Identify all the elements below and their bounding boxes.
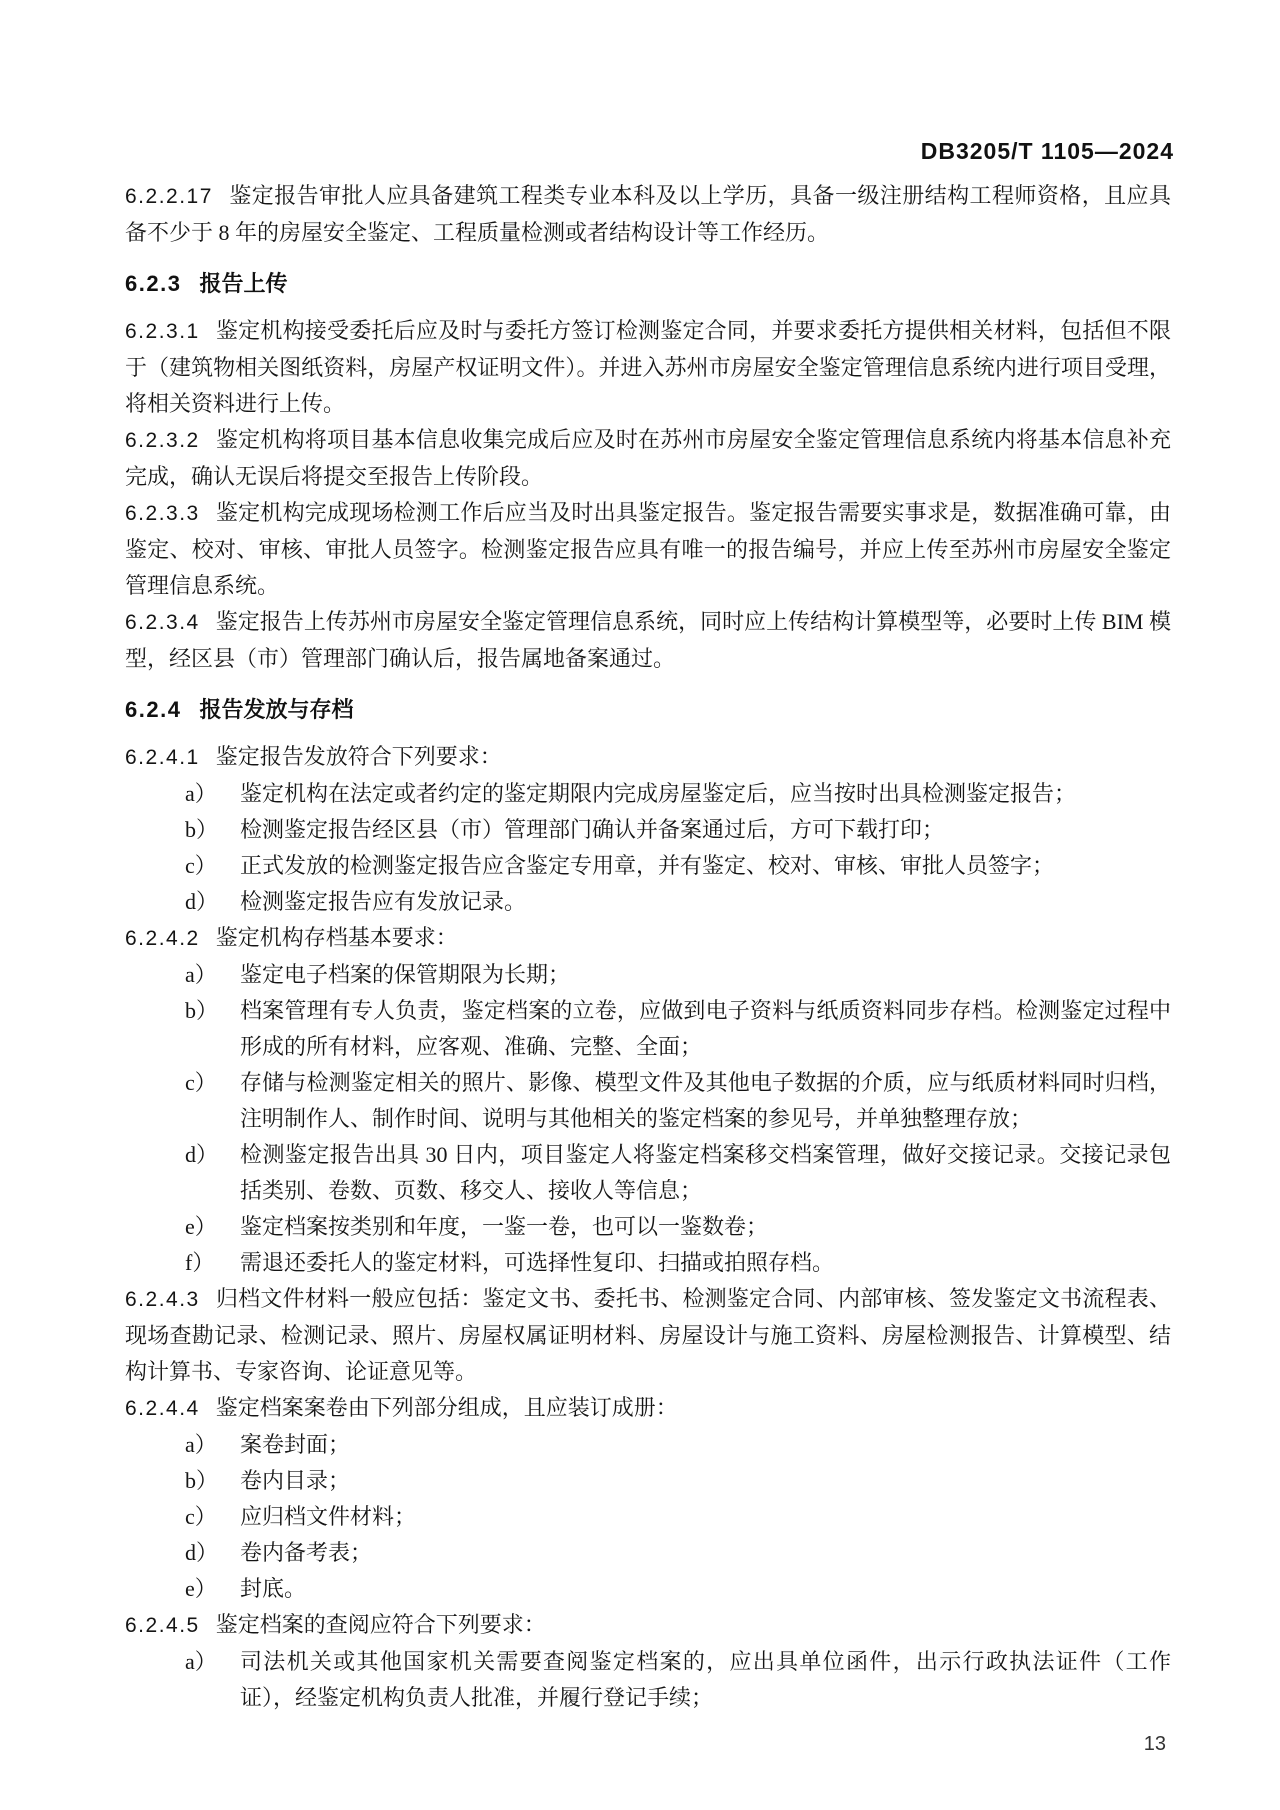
block-text: 归档文件材料一般应包括：鉴定文书、委托书、检测鉴定合同、内部审核、签发鉴定文书流… (125, 1286, 1171, 1384)
clause-number: 6.2.4.3 (125, 1288, 200, 1311)
block-text: 鉴定电子档案的保管期限为长期； (240, 962, 570, 987)
heading-number: 6.2.4 (125, 697, 181, 722)
block-text: 鉴定机构完成现场检测工作后应当及时出具鉴定报告。鉴定报告需要实事求是，数据准确可… (125, 500, 1171, 598)
list-item: c）正式发放的检测鉴定报告应含鉴定专用章，并有鉴定、校对、审核、审批人员签字； (125, 848, 1171, 884)
clause-paragraph: 6.2.4.1鉴定报告发放符合下列要求： (125, 739, 1171, 776)
block-text: 鉴定档案案卷由下列部分组成，且应装订成册： (216, 1395, 678, 1420)
list-item-marker: e） (185, 1209, 217, 1245)
heading-number: 6.2.3 (125, 271, 181, 296)
clause-paragraph: 6.2.4.4鉴定档案案卷由下列部分组成，且应装订成册： (125, 1390, 1171, 1427)
block-text: 应归档文件材料； (240, 1504, 416, 1529)
list-item: b）卷内目录； (125, 1463, 1171, 1499)
standard-code-header: DB3205/T 1105—2024 (921, 138, 1174, 165)
list-item-marker: b） (185, 812, 218, 848)
list-item-marker: a） (185, 957, 217, 993)
list-item: d）检测鉴定报告应有发放记录。 (125, 884, 1171, 920)
list-item-marker: b） (185, 1463, 218, 1499)
clause-paragraph: 6.2.3.1鉴定机构接受委托后应及时与委托方签订检测鉴定合同，并要求委托方提供… (125, 313, 1171, 422)
list-item: d）卷内备考表； (125, 1535, 1171, 1571)
clause-number: 6.2.4.5 (125, 1614, 200, 1637)
block-text: 需退还委托人的鉴定材料，可选择性复印、扫描或拍照存档。 (240, 1250, 834, 1275)
clause-number: 6.2.3.4 (125, 611, 200, 634)
list-item-marker: a） (185, 776, 217, 812)
block-text: 卷内目录； (240, 1468, 350, 1493)
list-item: f）需退还委托人的鉴定材料，可选择性复印、扫描或拍照存档。 (125, 1245, 1171, 1281)
block-text: 鉴定档案的查阅应符合下列要求： (216, 1612, 546, 1637)
section-heading: 6.2.4报告发放与存档 (125, 692, 1171, 728)
block-text: 鉴定机构存档基本要求： (216, 925, 458, 950)
clause-paragraph: 6.2.4.5鉴定档案的查阅应符合下列要求： (125, 1607, 1171, 1644)
clause-paragraph: 6.2.3.4鉴定报告上传苏州市房屋安全鉴定管理信息系统，同时应上传结构计算模型… (125, 604, 1171, 677)
block-text: 鉴定机构在法定或者约定的鉴定期限内完成房屋鉴定后，应当按时出具检测鉴定报告； (240, 781, 1076, 806)
list-item: e）封底。 (125, 1571, 1171, 1607)
list-item: c）存储与检测鉴定相关的照片、影像、模型文件及其他电子数据的介质，应与纸质材料同… (125, 1065, 1171, 1137)
document-page: DB3205/T 1105—2024 6.2.2.17鉴定报告审批人应具备建筑工… (0, 0, 1280, 1810)
list-item-marker: e） (185, 1571, 217, 1607)
clause-paragraph: 6.2.4.2鉴定机构存档基本要求： (125, 920, 1171, 957)
clause-paragraph: 6.2.4.3归档文件材料一般应包括：鉴定文书、委托书、检测鉴定合同、内部审核、… (125, 1281, 1171, 1390)
block-text: 鉴定档案按类别和年度，一鉴一卷，也可以一鉴数卷； (240, 1214, 768, 1239)
block-text: 鉴定报告上传苏州市房屋安全鉴定管理信息系统，同时应上传结构计算模型等，必要时上传… (125, 609, 1171, 671)
clause-number: 6.2.3.1 (125, 320, 200, 343)
list-item: d）检测鉴定报告出具 30 日内，项目鉴定人将鉴定档案移交档案管理，做好交接记录… (125, 1137, 1171, 1209)
list-item-marker: f） (185, 1245, 214, 1281)
list-item: c）应归档文件材料； (125, 1499, 1171, 1535)
block-text: 档案管理有专人负责，鉴定档案的立卷，应做到电子资料与纸质资料同步存档。检测鉴定过… (240, 998, 1171, 1059)
block-text: 封底。 (240, 1576, 306, 1601)
section-heading: 6.2.3报告上传 (125, 266, 1171, 302)
list-item-marker: a） (185, 1644, 217, 1680)
block-text: 鉴定机构接受委托后应及时与委托方签订检测鉴定合同，并要求委托方提供相关材料，包括… (125, 318, 1171, 416)
block-text: 司法机关或其他国家机关需要查阅鉴定档案的，应出具单位函件，出示行政执法证件（工作… (240, 1649, 1171, 1710)
list-item-marker: a） (185, 1427, 217, 1463)
clause-number: 6.2.3.2 (125, 429, 200, 452)
clause-number: 6.2.2.17 (125, 185, 213, 208)
heading-title: 报告发放与存档 (199, 697, 353, 722)
list-item-marker: c） (185, 848, 217, 884)
block-text: 鉴定机构将项目基本信息收集完成后应及时在苏州市房屋安全鉴定管理信息系统内将基本信… (125, 427, 1171, 489)
list-item-marker: c） (185, 1499, 217, 1535)
block-text: 鉴定报告发放符合下列要求： (216, 744, 502, 769)
block-text: 卷内备考表； (240, 1540, 372, 1565)
list-item: e）鉴定档案按类别和年度，一鉴一卷，也可以一鉴数卷； (125, 1209, 1171, 1245)
list-item: a）鉴定机构在法定或者约定的鉴定期限内完成房屋鉴定后，应当按时出具检测鉴定报告； (125, 776, 1171, 812)
block-text: 鉴定报告审批人应具备建筑工程类专业本科及以上学历，具备一级注册结构工程师资格，且… (125, 183, 1171, 245)
clause-paragraph: 6.2.3.3鉴定机构完成现场检测工作后应当及时出具鉴定报告。鉴定报告需要实事求… (125, 495, 1171, 604)
list-item-marker: c） (185, 1065, 217, 1101)
block-text: 检测鉴定报告出具 30 日内，项目鉴定人将鉴定档案移交档案管理，做好交接记录。交… (240, 1142, 1171, 1203)
heading-title: 报告上传 (199, 271, 287, 296)
list-item: a）鉴定电子档案的保管期限为长期； (125, 957, 1171, 993)
list-item: a）案卷封面； (125, 1427, 1171, 1463)
list-item: b）检测鉴定报告经区县（市）管理部门确认并备案通过后，方可下载打印； (125, 812, 1171, 848)
clause-number: 6.2.4.4 (125, 1397, 200, 1420)
list-item-marker: d） (185, 1137, 218, 1173)
list-item: b）档案管理有专人负责，鉴定档案的立卷，应做到电子资料与纸质资料同步存档。检测鉴… (125, 993, 1171, 1065)
list-item: a）司法机关或其他国家机关需要查阅鉴定档案的，应出具单位函件，出示行政执法证件（… (125, 1644, 1171, 1716)
clause-paragraph: 6.2.3.2鉴定机构将项目基本信息收集完成后应及时在苏州市房屋安全鉴定管理信息… (125, 422, 1171, 495)
block-text: 检测鉴定报告经区县（市）管理部门确认并备案通过后，方可下载打印； (240, 817, 944, 842)
clause-paragraph: 6.2.2.17鉴定报告审批人应具备建筑工程类专业本科及以上学历，具备一级注册结… (125, 178, 1171, 251)
list-item-marker: d） (185, 1535, 218, 1571)
block-text: 存储与检测鉴定相关的照片、影像、模型文件及其他电子数据的介质，应与纸质材料同时归… (240, 1070, 1171, 1131)
block-text: 正式发放的检测鉴定报告应含鉴定专用章，并有鉴定、校对、审核、审批人员签字； (240, 853, 1054, 878)
list-item-marker: d） (185, 884, 218, 920)
page-number: 13 (1144, 1733, 1166, 1756)
block-text: 检测鉴定报告应有发放记录。 (240, 889, 526, 914)
clause-number: 6.2.4.1 (125, 746, 200, 769)
list-item-marker: b） (185, 993, 218, 1029)
clause-number: 6.2.4.2 (125, 927, 200, 950)
block-text: 案卷封面； (240, 1432, 350, 1457)
document-body: 6.2.2.17鉴定报告审批人应具备建筑工程类专业本科及以上学历，具备一级注册结… (125, 178, 1171, 1716)
clause-number: 6.2.3.3 (125, 502, 200, 525)
